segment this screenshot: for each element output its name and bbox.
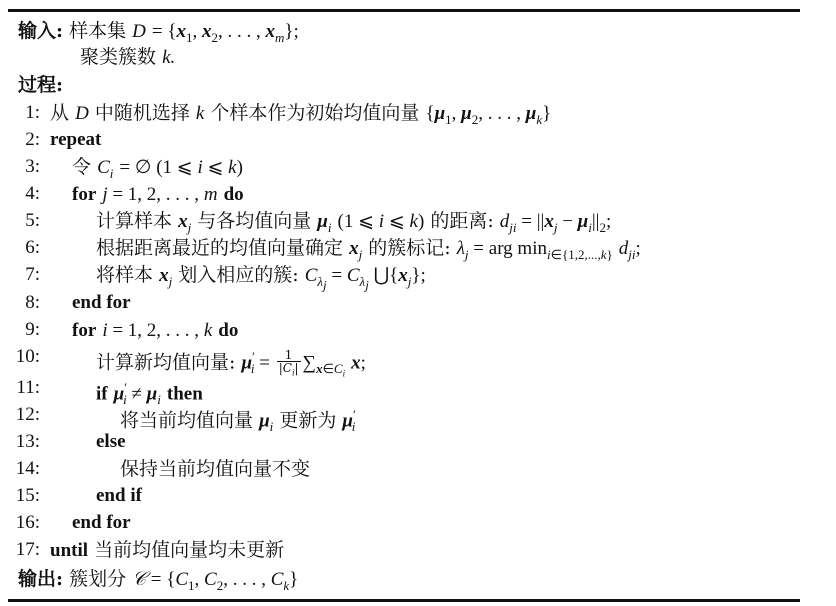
line-number: 17: <box>0 537 40 563</box>
text: 根据距离最近的均值向量确定 <box>96 237 343 259</box>
text: 与各均值向量 <box>197 210 311 232</box>
text: 的距离: <box>430 210 493 232</box>
line-number: 8: <box>0 290 40 316</box>
line-number: 6: <box>0 235 40 261</box>
line-number: 3: <box>0 154 40 180</box>
line-number: 1: <box>0 100 40 126</box>
output-label: 输出: <box>18 568 63 590</box>
text: 中随机选择 <box>95 102 190 124</box>
line-number: 9: <box>0 317 40 343</box>
keyword-end-for: end for <box>72 290 131 316</box>
line-number: 4: <box>0 181 40 207</box>
output-text: 簇划分 <box>69 568 126 590</box>
line-number: 15: <box>0 483 40 509</box>
input-math: D <box>132 21 146 42</box>
line-number: 14: <box>0 456 40 482</box>
line-number: 2: <box>0 127 40 153</box>
line-number: 16: <box>0 510 40 536</box>
keyword-else: else <box>96 429 126 455</box>
top-rule <box>8 9 800 12</box>
keyword-do: do <box>218 320 238 341</box>
line-number: 5: <box>0 208 40 234</box>
text: 划入相应的簇: <box>178 264 298 286</box>
keyword-do: do <box>224 184 244 205</box>
text: 令 <box>72 156 91 178</box>
keyword-for: for <box>72 184 96 205</box>
argmin: arg min <box>489 238 547 259</box>
input-k-text: 聚类簇数 <box>80 46 156 68</box>
input-line-2: 聚类簇数 k. <box>80 44 175 70</box>
text: 保持当前均值向量不变 <box>120 456 310 482</box>
text: 更新为 <box>279 409 336 431</box>
process-label-line: 过程: <box>18 72 63 98</box>
input-label: 输入: <box>18 20 63 42</box>
keyword-until: until <box>50 540 88 561</box>
keyword-if: if <box>96 383 108 404</box>
line-number: 10: <box>0 344 40 370</box>
line-number: 13: <box>0 429 40 455</box>
fraction: 1|Ci| <box>277 349 301 378</box>
text: 计算样本 <box>96 210 172 232</box>
output-line: 输出: 簇划分 𝒞 = {C1, C2, . . . , Ck} <box>18 566 298 592</box>
text: 当前均值向量均未更新 <box>94 539 284 561</box>
text: 计算新均值向量: <box>96 351 235 373</box>
keyword-for: for <box>72 320 96 341</box>
process-label: 过程: <box>18 74 63 96</box>
text: 将当前均值向量 <box>120 409 253 431</box>
text: 将样本 <box>96 264 153 286</box>
line-number: 7: <box>0 262 40 288</box>
keyword-repeat: repeat <box>50 127 101 153</box>
line-number: 11: <box>0 375 40 401</box>
text: 从 <box>50 102 69 124</box>
input-line-1: 输入: 样本集 D = {x1, x2, . . . , xm}; <box>18 18 299 44</box>
input-k-math: k. <box>162 47 175 68</box>
keyword-end-if: end if <box>96 483 142 509</box>
keyword-end-for: end for <box>72 510 131 536</box>
line-number: 12: <box>0 402 40 428</box>
text: 的簇标记: <box>368 237 450 259</box>
text: 个样本作为初始均值向量 <box>210 102 419 124</box>
bottom-rule <box>8 599 800 602</box>
input-text: 样本集 <box>69 20 126 42</box>
